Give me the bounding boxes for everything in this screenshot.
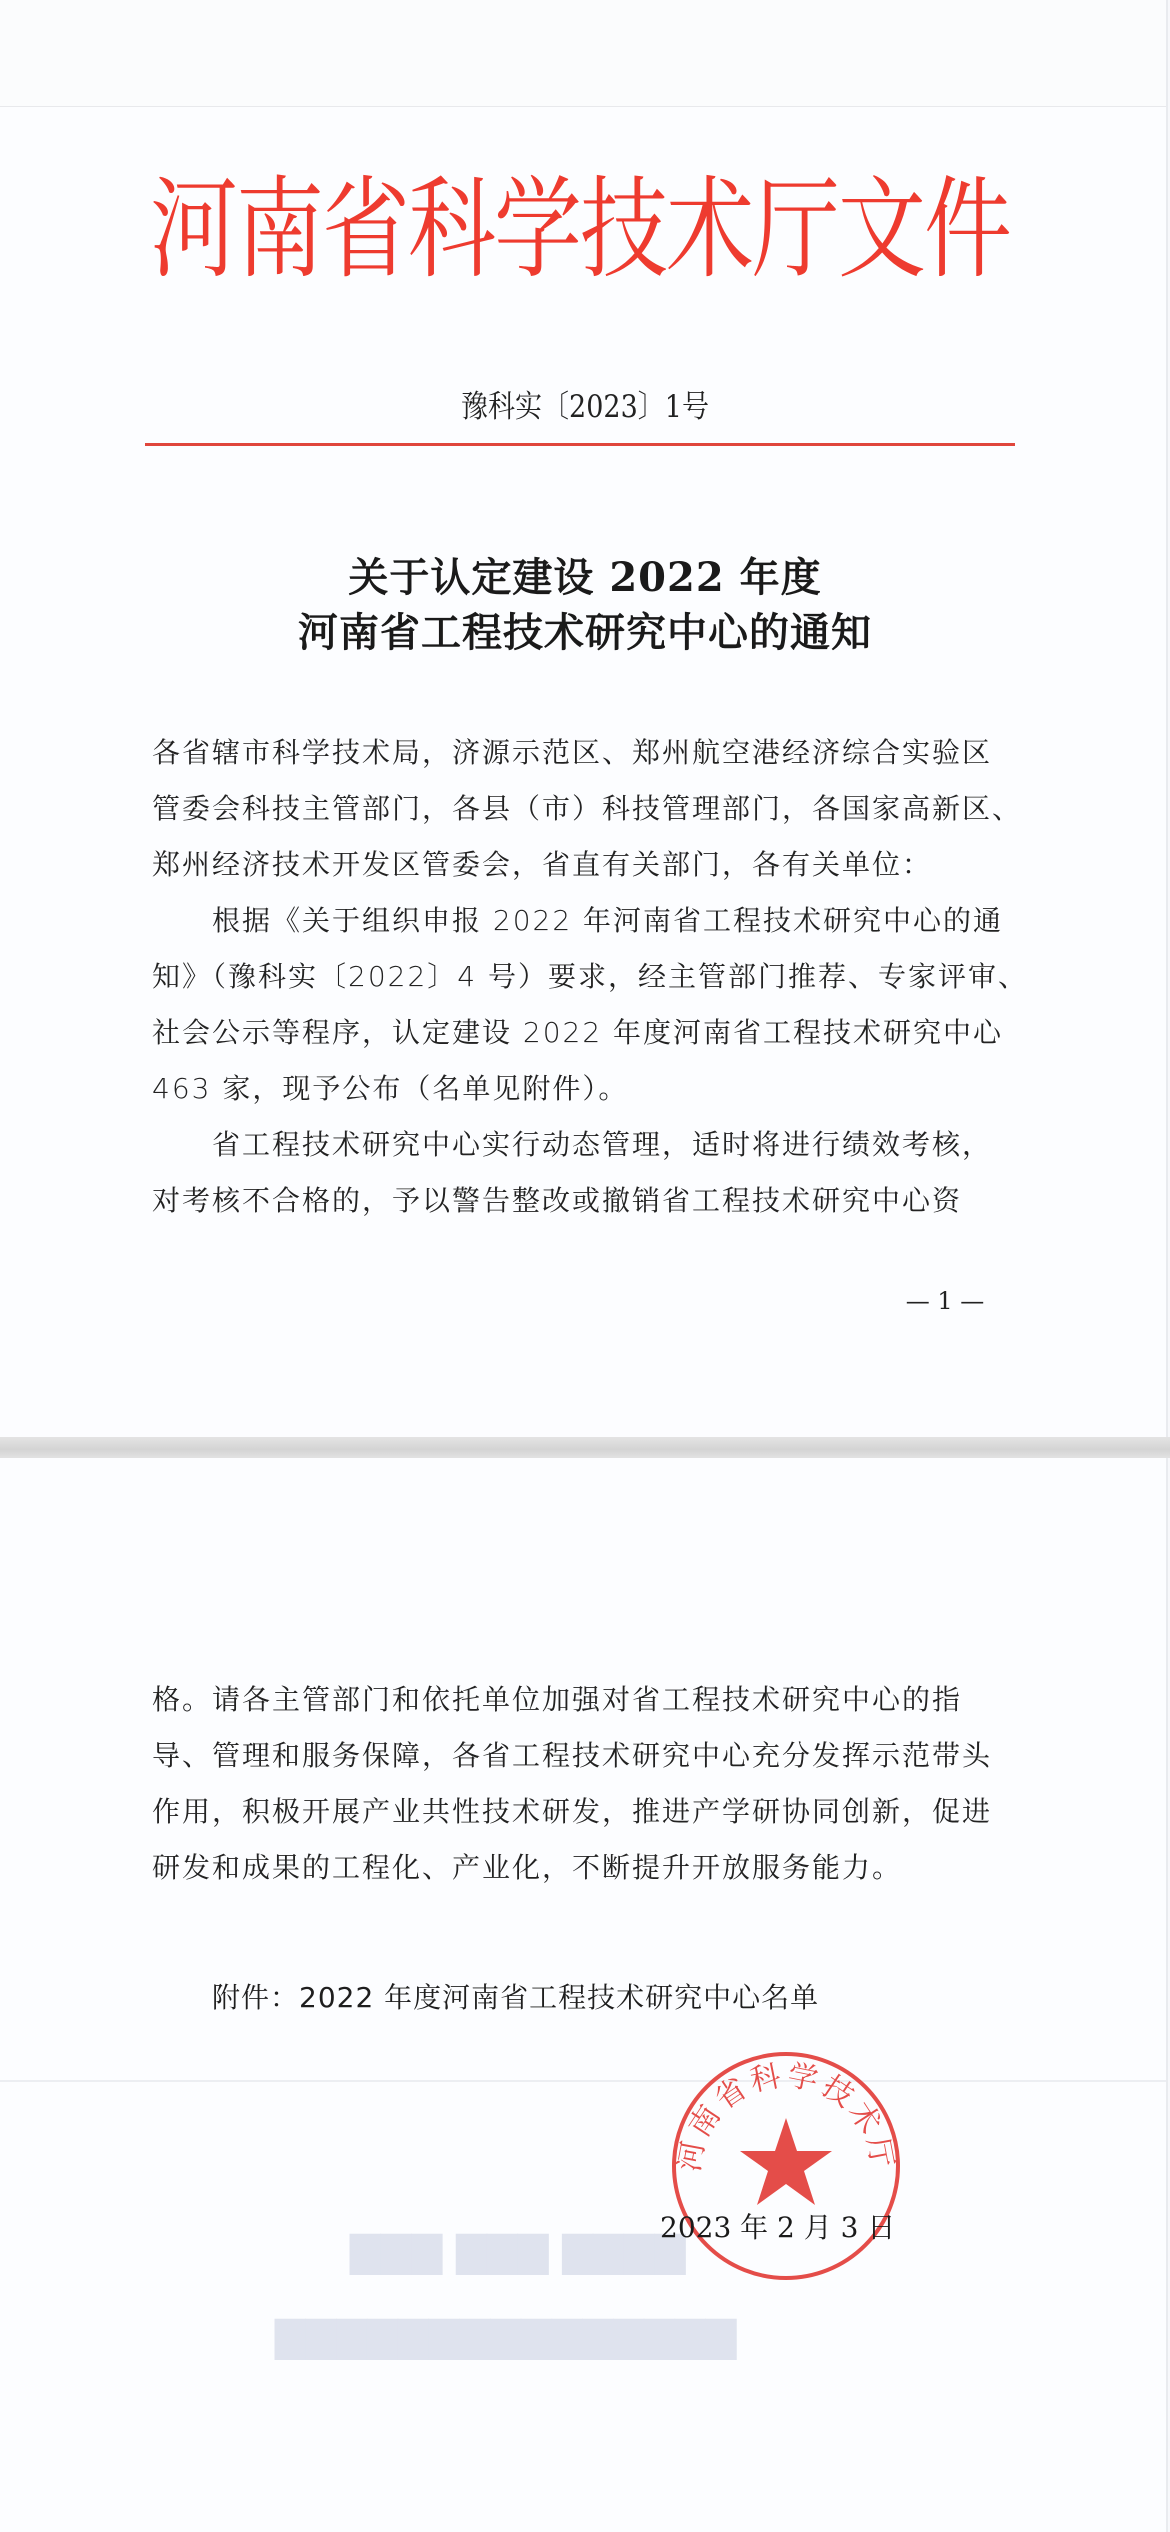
attachment-note: 附件：2022 年度河南省工程技术研究中心名单: [212, 1978, 819, 2018]
body-line: 各省辖市科学技术局，济源示范区、郑州航空港经济综合实验区: [152, 733, 1022, 773]
document-page-1: 河南省科学技术厅文件 豫科实〔2023〕1号 关于认定建设 2022 年度 河南…: [0, 0, 1168, 1438]
star-icon: [740, 2118, 832, 2205]
body-line: 作用，积极开展产业共性技术研发，推进产学研协同创新，促进: [152, 1792, 1022, 1832]
seal-graphic: 河南省科学技术厅: [668, 2048, 904, 2284]
document-number: 豫科实〔2023〕1号: [300, 387, 870, 428]
body-line: 研发和成果的工程化、产业化，不断提升开放服务能力。: [152, 1848, 1022, 1888]
issuer-header: 河南省科学技术厅文件: [150, 155, 1010, 305]
body-line: 导、管理和服务保障，各省工程技术研究中心充分发挥示范带头: [152, 1736, 1022, 1776]
body-line: 郑州经济技术开发区管委会，省直有关部门，各有关单位：: [152, 845, 1022, 885]
issue-date: 2023 年 2 月 3 日: [660, 2208, 900, 2248]
body-line: 格。请各主管部门和依托单位加强对省工程技术研究中心的指: [152, 1680, 1022, 1720]
page-number: — 1 —: [890, 1285, 1000, 1317]
notice-title-line-1: 关于认定建设 2022 年度: [150, 553, 1020, 603]
document-page-2: 格。请各主管部门和依托单位加强对省工程技术研究中心的指 导、管理和服务保障，各省…: [0, 1458, 1168, 2532]
page-separator: [0, 1437, 1170, 1458]
red-divider-line: [145, 443, 1015, 446]
body-line: 根据《关于组织申报 2022 年河南省工程技术研究中心的通: [212, 901, 1082, 941]
body-line: 管委会科技主管部门，各县（市）科技管理部门，各国家高新区、: [152, 789, 1022, 829]
scan-fold-line: [0, 2080, 1166, 2082]
notice-title-line-2: 河南省工程技术研究中心的通知: [150, 608, 1020, 658]
bleed-through-text: ▇▇▇▇▇▇▇▇▇▇▇▇▇▇▇: [275, 2313, 736, 2360]
official-seal: 河南省科学技术厅: [668, 2048, 904, 2284]
bleed-through-text: ▇▇▇ ▇▇▇ ▇▇▇▇: [350, 2228, 685, 2275]
page-top-margin: [0, 0, 1166, 107]
body-line: 对考核不合格的，予以警告整改或撤销省工程技术研究中心资: [152, 1181, 1022, 1221]
body-line: 463 家，现予公布（名单见附件）。: [152, 1069, 1022, 1109]
body-line: 社会公示等程序，认定建设 2022 年度河南省工程技术研究中心: [152, 1013, 1022, 1053]
body-line: 省工程技术研究中心实行动态管理，适时将进行绩效考核，: [212, 1125, 1082, 1165]
body-line: 知》（豫科实〔2022〕4 号）要求，经主管部门推荐、专家评审、: [152, 957, 1022, 997]
